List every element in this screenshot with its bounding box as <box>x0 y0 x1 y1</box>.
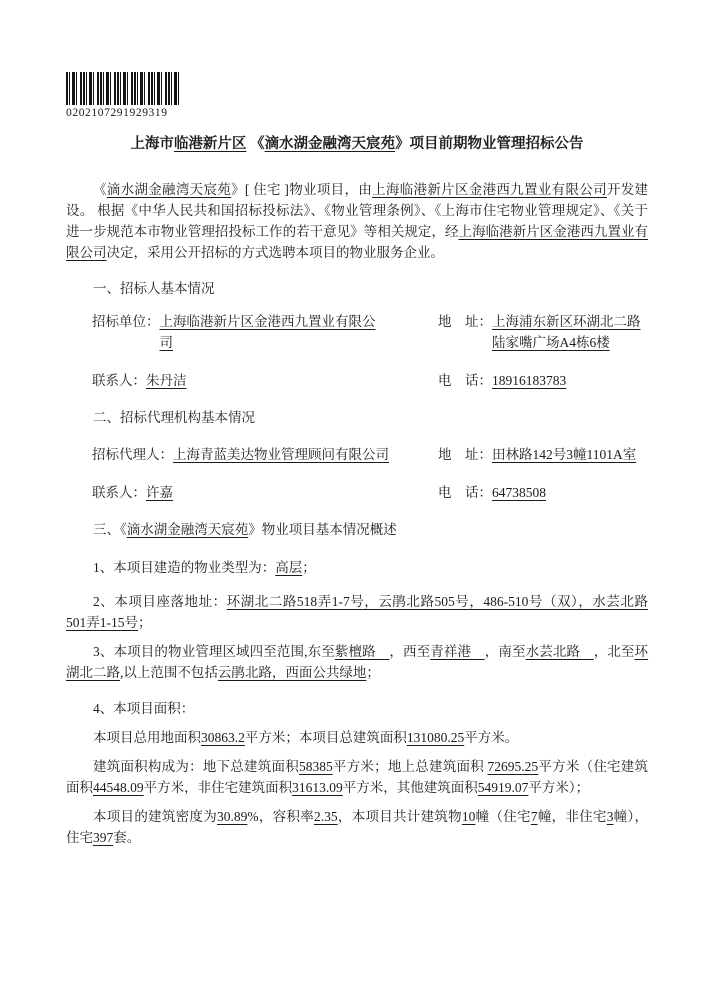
agent-phone-value: 64738508 <box>492 482 546 503</box>
document-page: 0202107291929319 上海市临港新片区 《滴水湖金融湾天宸苑》项目前… <box>0 0 706 1000</box>
bidder-phone-value: 18916183783 <box>492 370 566 391</box>
agent-phone-field: 电 话： 64738508 <box>438 482 648 503</box>
document-content: 0202107291929319 上海市临港新片区 《滴水湖金融湾天宸苑》项目前… <box>0 72 706 848</box>
agent-value: 上海青蓝美达物业管理顾问有限公司 <box>173 444 389 465</box>
project-density-item: 本项目的建筑密度为30.89%，容积率2.35，本项目共计建筑物10幢（住宅7幢… <box>66 806 648 848</box>
bidder-unit-field: 招标单位： 上海临港新片区金港西九置业有限公司 <box>92 311 438 353</box>
barcode-number: 0202107291929319 <box>66 106 186 120</box>
bidder-address-label: 地 址： <box>438 311 492 332</box>
bidder-address-field: 地 址： 上海浦东新区环湖北二路陆家嘴广场A4栋6楼 <box>438 311 648 353</box>
section3-heading: 三、《滴水湖金融湾天宸苑》物业项目基本情况概述 <box>66 519 648 540</box>
agent-contact-value: 许嘉 <box>146 482 173 503</box>
barcode-block: 0202107291929319 <box>66 72 186 120</box>
project-area-heading: 4、本项目面积： <box>66 698 648 719</box>
agent-phone-label: 电 话： <box>438 482 492 503</box>
bidder-contact-label: 联系人： <box>92 370 146 391</box>
barcode-image <box>66 72 179 105</box>
agent-contact-row: 联系人： 许嘉 电 话： 64738508 <box>92 482 648 503</box>
agent-label: 招标代理人： <box>92 444 173 465</box>
agent-contact-field: 联系人： 许嘉 <box>92 482 438 503</box>
bidder-unit-row: 招标单位： 上海临港新片区金港西九置业有限公司 地 址： 上海浦东新区环湖北二路… <box>92 311 648 353</box>
bidder-phone-field: 电 话： 18916183783 <box>438 370 648 391</box>
agent-field: 招标代理人： 上海青蓝美达物业管理顾问有限公司 <box>92 444 438 465</box>
agent-address-field: 地 址： 田林路142号3幢1101A室 <box>438 444 648 465</box>
document-title: 上海市临港新片区 《滴水湖金融湾天宸苑》项目前期物业管理招标公告 <box>66 133 648 155</box>
agent-contact-label: 联系人： <box>92 482 146 503</box>
bidder-address-value: 上海浦东新区环湖北二路陆家嘴广场A4栋6楼 <box>492 311 644 353</box>
project-type-item: 1、本项目建造的物业类型为：高层； <box>66 557 648 578</box>
intro-paragraph: 《滴水湖金融湾天宸苑》[ 住宅 ]物业项目，由上海临港新片区金港西九置业有限公司… <box>66 179 648 263</box>
agent-row: 招标代理人： 上海青蓝美达物业管理顾问有限公司 地 址： 田林路142号3幢11… <box>92 444 648 465</box>
bidder-contact-row: 联系人： 朱丹洁 电 话： 18916183783 <box>92 370 648 391</box>
agent-address-value: 田林路142号3幢1101A室 <box>492 444 636 465</box>
bidder-contact-field: 联系人： 朱丹洁 <box>92 370 438 391</box>
bidder-phone-label: 电 话： <box>438 370 492 391</box>
bidder-unit-value: 上海临港新片区金港西九置业有限公司 <box>160 311 378 353</box>
project-location-item: 2、本项目座落地址：环湖北二路518弄1-7号，云鹃北路505号，486-510… <box>66 591 648 633</box>
bidder-unit-label: 招标单位： <box>92 311 160 332</box>
agent-address-label: 地 址： <box>438 444 492 465</box>
project-area-totals: 本项目总用地面积30863.2平方米；本项目总建筑面积131080.25平方米。 <box>66 727 648 748</box>
project-boundary-item: 3、本项目的物业管理区域四至范围,东至紫檀路 ，西至青祥港 ，南至水芸北路 ，北… <box>66 641 648 683</box>
project-area-composition: 建筑面积构成为：地下总建筑面积58385平方米；地上总建筑面积 72695.25… <box>66 756 648 798</box>
section1-heading: 一、招标人基本情况 <box>66 278 648 299</box>
bidder-contact-value: 朱丹洁 <box>146 370 187 391</box>
section2-heading: 二、招标代理机构基本情况 <box>66 407 648 428</box>
